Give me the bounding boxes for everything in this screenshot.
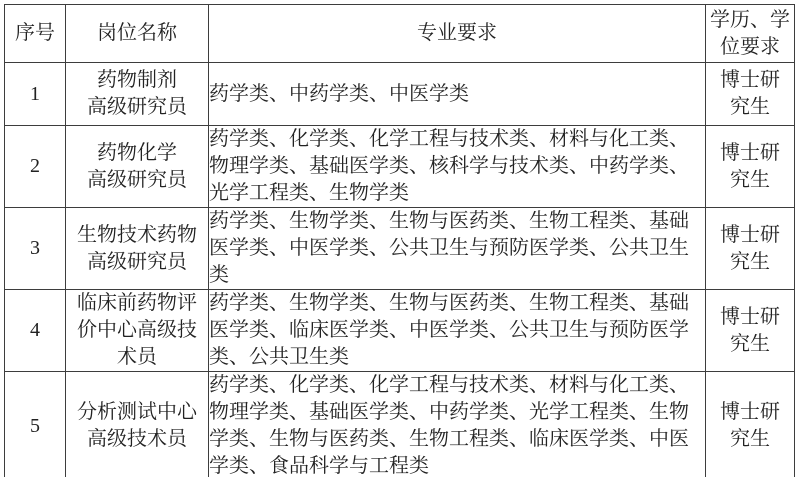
table-row-2: 2 药物化学 高级研究员 药学类、化学类、化学工程与技术类、材料与化工类、物理学… [5, 126, 795, 208]
header-seq: 序号 [5, 5, 66, 63]
seq-cell: 5 [5, 372, 66, 477]
table-row-1: 1 药物制剂 高级研究员 药学类、中药学类、中医学类 博士研 究生 [5, 63, 795, 126]
major-cell: 药学类、生物学类、生物与医药类、生物工程类、基础医学类、临床医学类、中医学类、公… [209, 290, 706, 372]
position-cell: 药物化学 高级研究员 [66, 126, 209, 208]
degree-cell: 博士研 究生 [706, 126, 795, 208]
degree-cell: 博士研 究生 [706, 372, 795, 477]
major-cell: 药学类、化学类、化学工程与技术类、材料与化工类、物理学类、基础医学类、核科学与技… [209, 126, 706, 208]
header-row: 序号 岗位名称 专业要求 学历、学 位要求 [5, 5, 795, 63]
position-cell: 生物技术药物 高级研究员 [66, 208, 209, 290]
seq-cell: 2 [5, 126, 66, 208]
header-position: 岗位名称 [66, 5, 209, 63]
major-cell: 药学类、中药学类、中医学类 [209, 63, 706, 126]
table-row-3: 3 生物技术药物 高级研究员 药学类、生物学类、生物与医药类、生物工程类、基础医… [5, 208, 795, 290]
position-cell: 临床前药物评 价中心高级技 术员 [66, 290, 209, 372]
table-row-4: 4 临床前药物评 价中心高级技 术员 药学类、生物学类、生物与医药类、生物工程类… [5, 290, 795, 372]
major-cell: 药学类、化学类、化学工程与技术类、材料与化工类、物理学类、基础医学类、中药学类、… [209, 372, 706, 477]
header-major: 专业要求 [209, 5, 706, 63]
major-cell: 药学类、生物学类、生物与医药类、生物工程类、基础医学类、中医学类、公共卫生与预防… [209, 208, 706, 290]
degree-cell: 博士研 究生 [706, 63, 795, 126]
seq-cell: 3 [5, 208, 66, 290]
table-row-5: 5 分析测试中心 高级技术员 药学类、化学类、化学工程与技术类、材料与化工类、物… [5, 372, 795, 477]
job-positions-table: 序号 岗位名称 专业要求 学历、学 位要求 1 药物制剂 高级研究员 药学类、中… [4, 4, 795, 477]
seq-cell: 4 [5, 290, 66, 372]
degree-cell: 博士研 究生 [706, 208, 795, 290]
position-cell: 分析测试中心 高级技术员 [66, 372, 209, 477]
seq-cell: 1 [5, 63, 66, 126]
degree-cell: 博士研 究生 [706, 290, 795, 372]
header-degree: 学历、学 位要求 [706, 5, 795, 63]
position-cell: 药物制剂 高级研究员 [66, 63, 209, 126]
